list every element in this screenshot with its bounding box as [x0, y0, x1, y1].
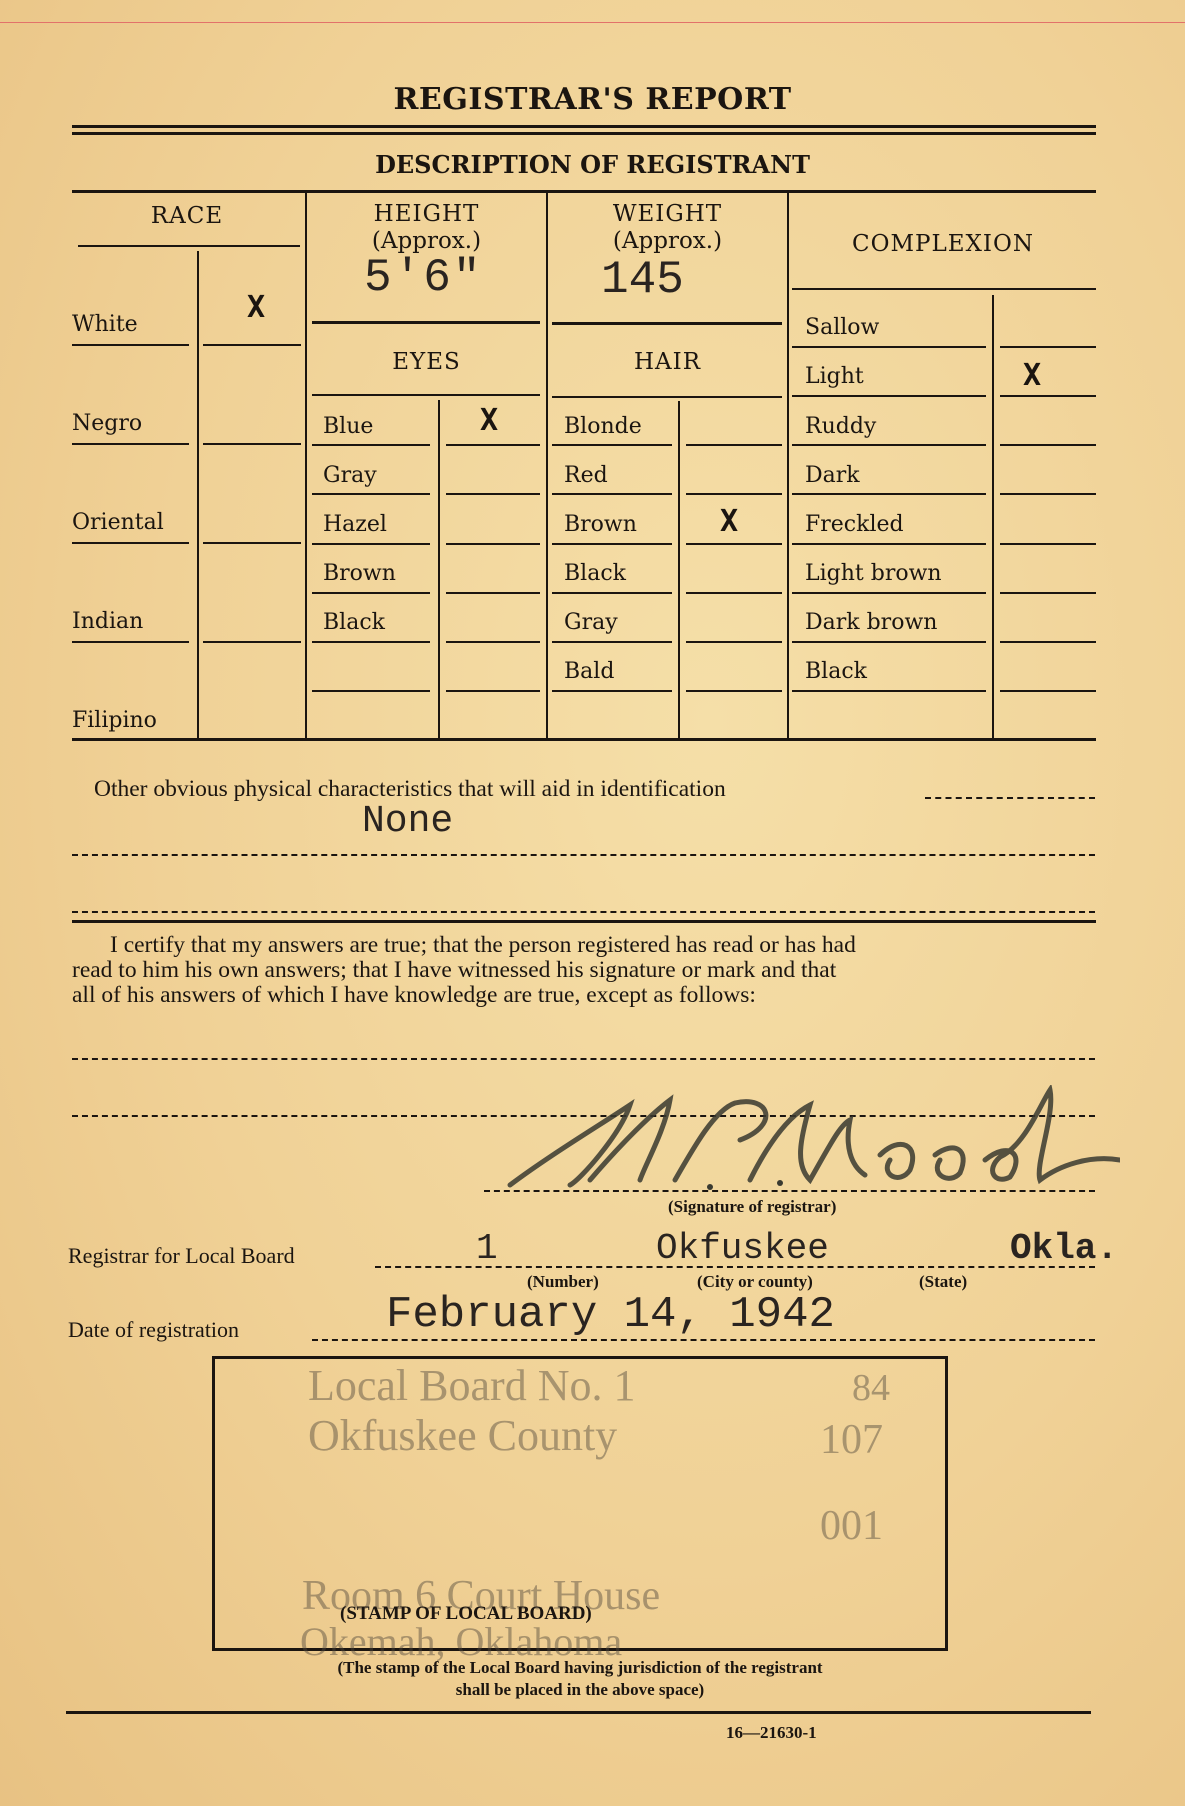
eyes-option: Hazel [323, 512, 387, 537]
divider-race-height [305, 193, 307, 739]
row-rule [446, 493, 540, 495]
row-rule [792, 641, 986, 643]
local-board-county[interactable]: Okfuskee [656, 1228, 829, 1269]
form-number: 16—21630-1 [726, 1723, 817, 1743]
weight-value[interactable]: 145 [601, 254, 684, 306]
row-rule [446, 543, 540, 545]
row-rule [792, 493, 986, 495]
row-rule [792, 346, 986, 348]
weight-approx-label: (Approx.) [548, 228, 787, 255]
exception-line-1 [72, 1058, 1095, 1060]
row-rule [312, 493, 430, 495]
row-rule [686, 690, 782, 692]
hair-option: Red [564, 463, 608, 488]
race-row-rule [72, 443, 189, 445]
stamp-number-1: 84 [852, 1366, 890, 1410]
other-characteristics-line-1 [72, 854, 1095, 856]
hair-option: Blonde [564, 414, 642, 439]
race-mark-rule [203, 542, 301, 544]
eyes-option: Gray [323, 463, 377, 488]
row-rule [552, 444, 672, 446]
table-top-rule [72, 190, 1096, 193]
row-rule [552, 543, 672, 545]
row-rule [552, 592, 672, 594]
complexion-option: Dark [805, 463, 860, 488]
complexion-option: Dark brown [805, 610, 937, 635]
footer-rule [66, 1711, 1091, 1714]
eyes-header-rule [312, 394, 540, 396]
row-rule [686, 493, 782, 495]
title-double-rule-top [72, 125, 1096, 128]
row-rule [552, 690, 672, 692]
registration-date-value[interactable]: February 14, 1942 [386, 1290, 835, 1340]
race-row-rule [72, 641, 189, 643]
hair-header-rule [552, 396, 782, 398]
height-bottom-rule [312, 321, 540, 324]
complexion-option: Light brown [805, 561, 942, 586]
certification-line-1: I certify that my answers are true; that… [110, 933, 856, 957]
race-option-white: White [72, 312, 138, 337]
local-board-label: Registrar for Local Board [68, 1244, 295, 1268]
eyes-header: EYES [307, 349, 546, 376]
title-double-rule-bottom [72, 132, 1096, 135]
row-rule [1000, 346, 1096, 348]
stamp-line-2: Okfuskee County [308, 1410, 617, 1461]
row-rule [446, 690, 540, 692]
stamp-number-3: 001 [820, 1502, 883, 1550]
certification-line-2: read to him his own answers; that I have… [72, 958, 836, 982]
certification-rule [72, 920, 1096, 923]
height-value[interactable]: 5'6" [364, 252, 482, 304]
row-rule [1000, 592, 1096, 594]
complexion-header-rule [792, 288, 1096, 290]
signature-line [484, 1190, 1095, 1192]
row-rule [552, 493, 672, 495]
registration-date-label: Date of registration [68, 1318, 239, 1342]
signature-caption: (Signature of registrar) [668, 1197, 836, 1217]
row-rule [686, 543, 782, 545]
registrar-signature-icon [480, 1085, 1120, 1200]
row-rule [312, 592, 430, 594]
race-mark-rule [203, 344, 301, 346]
row-rule [686, 592, 782, 594]
race-option-negro: Negro [72, 411, 142, 436]
height-header: HEIGHT [307, 201, 546, 228]
form-title: REGISTRAR'S REPORT [0, 82, 1185, 117]
row-rule [792, 444, 986, 446]
local-board-number[interactable]: 1 [476, 1228, 498, 1269]
complexion-header: COMPLEXION [790, 231, 1096, 258]
race-mark-divider [197, 251, 199, 739]
race-header-rule [78, 245, 300, 247]
race-option-oriental: Oriental [72, 510, 164, 535]
divider-height-weight [546, 193, 548, 739]
complexion-option: Sallow [805, 315, 879, 340]
hair-option: Bald [564, 659, 614, 684]
eyes-option: Black [323, 610, 385, 635]
row-rule [312, 543, 430, 545]
row-rule [792, 690, 986, 692]
other-characteristics-value[interactable]: None [362, 800, 453, 843]
complexion-option: Black [805, 659, 867, 684]
other-characteristics-leader [925, 797, 1095, 799]
row-rule [1000, 395, 1096, 397]
row-rule [446, 641, 540, 643]
eyes-option: Brown [323, 561, 396, 586]
complexion-mark[interactable]: X [1023, 358, 1041, 393]
row-rule [446, 444, 540, 446]
hair-option: Gray [564, 610, 618, 635]
complexion-option: Light [805, 364, 864, 389]
other-characteristics-label: Other obvious physical characteristics t… [94, 777, 726, 801]
table-bottom-rule [72, 738, 1096, 741]
stamp-note-line-2: shall be placed in the above space) [212, 1680, 948, 1700]
row-rule [1000, 444, 1096, 446]
row-rule [312, 641, 430, 643]
certification-line-3: all of his answers of which I have knowl… [72, 983, 756, 1007]
row-rule [1000, 690, 1096, 692]
state-caption: (State) [919, 1272, 967, 1292]
eyes-option: Blue [323, 414, 373, 439]
row-rule [686, 444, 782, 446]
row-rule [1000, 493, 1096, 495]
divider-weight-complexion [787, 193, 789, 739]
number-caption: (Number) [527, 1272, 599, 1292]
race-mark-white[interactable]: X [247, 290, 265, 325]
row-rule [552, 641, 672, 643]
eyes-mark[interactable]: X [480, 403, 498, 438]
hair-option: Black [564, 561, 626, 586]
stamp-number-2: 107 [820, 1416, 883, 1464]
row-rule [312, 444, 430, 446]
row-rule [792, 395, 986, 397]
row-rule [1000, 543, 1096, 545]
hair-mark[interactable]: X [720, 504, 738, 539]
eyes-mark-divider [438, 400, 440, 739]
hair-header: HAIR [548, 349, 787, 376]
complexion-option: Ruddy [805, 414, 876, 439]
race-option-filipino: Filipino [72, 708, 157, 733]
local-board-state[interactable]: Okla. [1010, 1228, 1118, 1269]
top-edge-rule [0, 22, 1185, 23]
hair-option: Brown [564, 512, 637, 537]
stamp-note-line-1: (The stamp of the Local Board having jur… [212, 1658, 948, 1678]
stamp-line-1: Local Board No. 1 [308, 1360, 635, 1411]
city-county-caption: (City or county) [697, 1272, 813, 1292]
complexion-mark-divider [992, 295, 994, 739]
weight-header: WEIGHT [548, 201, 787, 228]
race-row-rule [72, 344, 189, 346]
race-mark-rule [203, 641, 301, 643]
weight-bottom-rule [552, 322, 782, 325]
race-header: RACE [72, 203, 302, 230]
race-row-rule [72, 542, 189, 544]
other-characteristics-line-2 [72, 911, 1095, 913]
row-rule [686, 641, 782, 643]
row-rule [1000, 641, 1096, 643]
row-rule [792, 543, 986, 545]
row-rule [792, 592, 986, 594]
stamp-caption: (STAMP OF LOCAL BOARD) [340, 1603, 592, 1625]
row-rule [312, 690, 430, 692]
race-mark-rule [203, 443, 301, 445]
race-option-indian: Indian [72, 609, 143, 634]
height-approx-label: (Approx.) [307, 228, 546, 255]
hair-mark-divider [678, 401, 680, 739]
row-rule [446, 592, 540, 594]
complexion-option: Freckled [805, 512, 904, 537]
section-subtitle: DESCRIPTION OF REGISTRANT [0, 150, 1185, 179]
